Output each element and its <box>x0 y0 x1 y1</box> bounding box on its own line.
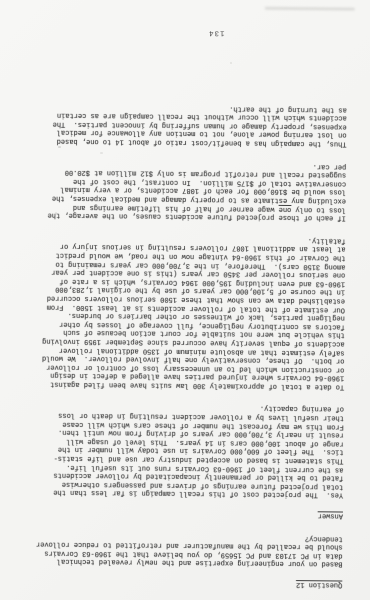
text-segment: loss to only <box>291 205 346 214</box>
cost-paragraph: If each of those projected future accide… <box>24 159 347 222</box>
answer-yes-paragraph: Yes. The projected cost of this recall c… <box>21 401 344 499</box>
upside-down-page: Question 12 Based on your engineering ex… <box>0 0 370 600</box>
text-segment: wage earner of half of his lifetime earn… <box>73 203 279 213</box>
underlined-word-one: one <box>279 205 292 213</box>
conclusion-paragraph: Thus, the campaign has a benefit/cost ra… <box>24 102 346 148</box>
lawsuits-paragraph: To date a total of approximately 300 law… <box>22 233 345 391</box>
question-heading-label: Question 12 <box>296 580 342 588</box>
typed-text-block: Question 12 Based on your engineering ex… <box>20 102 347 589</box>
answer-heading-label: Answer <box>318 511 343 519</box>
scan-smudge <box>265 7 355 11</box>
cost-paragraph-rest: excluding any estimate as to property da… <box>24 159 346 205</box>
question-paragraph: Based on your engineering expertise and … <box>20 530 342 567</box>
answer-heading: Answer <box>21 508 343 520</box>
scanned-document-page: Question 12 Based on your engineering ex… <box>0 0 370 600</box>
page-number: 134 <box>208 28 225 36</box>
question-heading: Question 12 <box>20 577 342 589</box>
